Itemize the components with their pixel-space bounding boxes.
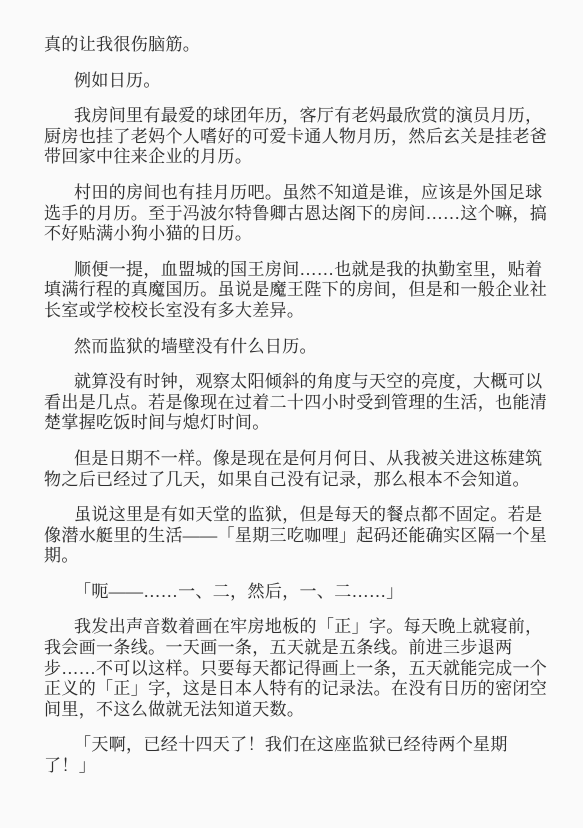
- text-line: 「天啊，已经十四天了！我们在这座监狱已经待两个星期: [44, 735, 553, 756]
- text-line: 正义的「正」字，这是日本人特有的记录法。在没有日历的密闭空: [44, 679, 553, 700]
- text-line: 我会画一条线。一天画一条，五天就是五条线。前进三步退两: [44, 638, 553, 659]
- paragraph-5: 顺便一提，血盟城的国王房间……也就是我的执勤室里，贴着填满行程的真魔国历。虽说是…: [44, 260, 553, 322]
- text-line: 然而监狱的墙壁没有什么日历。: [44, 337, 553, 358]
- paragraph-12: 「天啊，已经十四天了！我们在这座监狱已经待两个星期了！」: [44, 735, 553, 776]
- text-line: 选手的月历。至于冯波尔特鲁卿古恩达阁下的房间……这个嘛，搞: [44, 204, 553, 225]
- text-line: 了！」: [44, 756, 553, 777]
- text-line: 不好贴满小狗小猫的日历。: [44, 224, 553, 245]
- text-line: 例如日历。: [44, 71, 553, 92]
- text-line: 厨房也挂了老妈个人嗜好的可爱卡通人物月历，然后玄关是挂老爸: [44, 127, 553, 148]
- text-line: 间里，不这么做就无法知道天数。: [44, 700, 553, 721]
- paragraph-1: 真的让我很伤脑筋。: [44, 35, 553, 56]
- text-line: 顺便一提，血盟城的国王房间……也就是我的执勤室里，贴着: [44, 260, 553, 281]
- book-page: 真的让我很伤脑筋。例如日历。我房间里有最爱的球团年历，客厅有老妈最欣赏的演员月历…: [0, 0, 583, 828]
- paragraph-2: 例如日历。: [44, 71, 553, 92]
- text-line: 村田的房间也有挂月历吧。虽然不知道是谁，应该是外国足球: [44, 183, 553, 204]
- paragraph-4: 村田的房间也有挂月历吧。虽然不知道是谁，应该是外国足球选手的月历。至于冯波尔特鲁…: [44, 183, 553, 245]
- text-line: 填满行程的真魔国历。虽说是魔王陛下的房间，但是和一般企业社: [44, 280, 553, 301]
- paragraph-11: 我发出声音数着画在牢房地板的「正」字。每天晚上就寝前，我会画一条线。一天画一条，…: [44, 617, 553, 720]
- text-line: 长室或学校校长室没有多大差异。: [44, 301, 553, 322]
- text-line: 「呃——……一、二，然后，一、二……」: [44, 582, 553, 603]
- text-line: 物之后已经过了几天，如果自己没有记录，那么根本不会知道。: [44, 470, 553, 491]
- text-line: 就算没有时钟，观察太阳倾斜的角度与天空的亮度，大概可以: [44, 372, 553, 393]
- text-line: 期。: [44, 546, 553, 567]
- text-line: 但是日期不一样。像是现在是何月何日、从我被关进这栋建筑: [44, 449, 553, 470]
- text-line: 步……不可以这样。只要每天都记得画上一条，五天就能完成一个: [44, 659, 553, 680]
- text-line: 我发出声音数着画在牢房地板的「正」字。每天晚上就寝前，: [44, 617, 553, 638]
- text-line: 带回家中往来企业的月历。: [44, 147, 553, 168]
- paragraph-3: 我房间里有最爱的球团年历，客厅有老妈最欣赏的演员月历，厨房也挂了老妈个人嗜好的可…: [44, 106, 553, 168]
- paragraph-9: 虽说这里是有如天堂的监狱，但是每天的餐点都不固定。若是像潜水艇里的生活——「星期…: [44, 505, 553, 567]
- text-line: 看出是几点。若是像现在过着二十四小时受到管理的生活，也能清: [44, 393, 553, 414]
- text-line: 虽说这里是有如天堂的监狱，但是每天的餐点都不固定。若是: [44, 505, 553, 526]
- page-text: 真的让我很伤脑筋。例如日历。我房间里有最爱的球团年历，客厅有老妈最欣赏的演员月历…: [44, 35, 553, 777]
- paragraph-6: 然而监狱的墙壁没有什么日历。: [44, 337, 553, 358]
- text-line: 真的让我很伤脑筋。: [44, 35, 553, 56]
- text-line: 像潜水艇里的生活——「星期三吃咖哩」起码还能确实区隔一个星: [44, 526, 553, 547]
- paragraph-10: 「呃——……一、二，然后，一、二……」: [44, 582, 553, 603]
- text-line: 楚掌握吃饭时间与熄灯时间。: [44, 413, 553, 434]
- paragraph-7: 就算没有时钟，观察太阳倾斜的角度与天空的亮度，大概可以看出是几点。若是像现在过着…: [44, 372, 553, 434]
- paragraph-8: 但是日期不一样。像是现在是何月何日、从我被关进这栋建筑物之后已经过了几天，如果自…: [44, 449, 553, 490]
- text-line: 我房间里有最爱的球团年历，客厅有老妈最欣赏的演员月历，: [44, 106, 553, 127]
